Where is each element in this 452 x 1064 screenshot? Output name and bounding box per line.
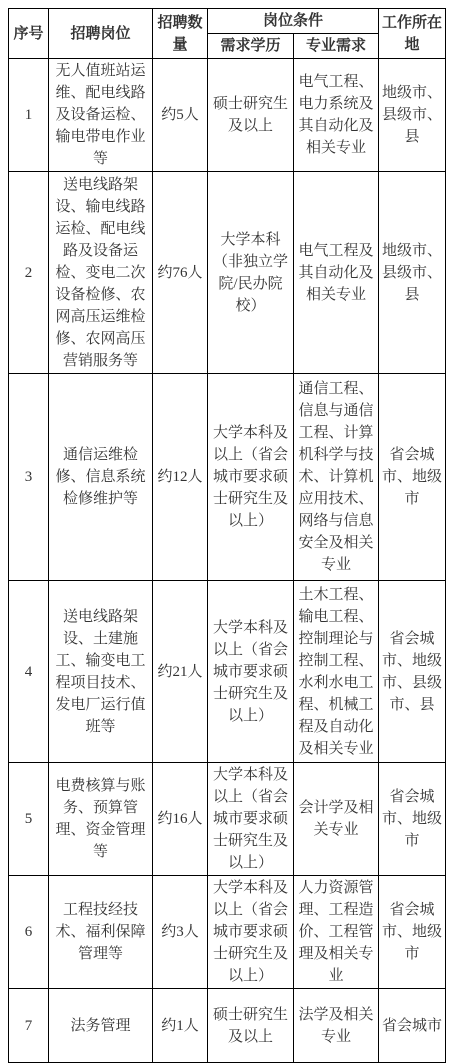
cell-education: 硕士研究生及以上 [208,989,294,1063]
cell-major: 电气工程及其自动化及相关专业 [294,172,379,374]
cell-major: 人力资源管理、工程造价、工程管理及相关专业 [294,876,379,989]
cell-location: 省会城市、地级市 [379,763,446,876]
cell-major: 通信工程、信息与通信工程、计算机科学与技术、计算机应用技术、网络与信息安全及相关… [294,374,379,581]
cell-position: 通信运维检修、信息系统检修维护等 [49,374,153,581]
header-count: 招聘数量 [153,9,208,59]
cell-position: 电费核算与账务、预算管理、资金管理等 [49,763,153,876]
cell-position: 送电线路架设、土建施工、输变电工程项目技术、发电厂运行值班等 [49,581,153,763]
cell-count: 约16人 [153,763,208,876]
header-location: 工作所在地 [379,9,446,59]
header-education: 需求学历 [208,34,294,59]
cell-major: 土木工程、输电工程、控制理论与控制工程、水利水电工程、机械工程及自动化及相关专业 [294,581,379,763]
cell-count: 约12人 [153,374,208,581]
cell-location: 省会城市、地级市 [379,374,446,581]
cell-count: 约76人 [153,172,208,374]
cell-location: 省会城市、地级市 [379,876,446,989]
cell-major: 会计学及相关专业 [294,763,379,876]
cell-education: 大学本科及以上（省会城市要求硕士研究生及以上） [208,763,294,876]
cell-position: 法务管理 [49,989,153,1063]
cell-no: 2 [9,172,49,374]
cell-major: 电气工程、电力系统及其自动化及相关专业 [294,59,379,172]
header-conditions: 岗位条件 [208,9,379,34]
cell-major: 法学及相关专业 [294,989,379,1063]
table-row: 3 通信运维检修、信息系统检修维护等 约12人 大学本科及以上（省会城市要求硕士… [9,374,446,581]
cell-education: 大学本科及以上（省会城市要求硕士研究生及以上） [208,581,294,763]
cell-location: 省会城市、地级市、县级市、县 [379,581,446,763]
cell-no: 6 [9,876,49,989]
cell-no: 3 [9,374,49,581]
cell-education: 大学本科（非独立学院/民办院校） [208,172,294,374]
header-row-top: 序号 招聘岗位 招聘数量 岗位条件 工作所在地 [9,9,446,34]
cell-education: 大学本科及以上（省会城市要求硕士研究生及以上） [208,876,294,989]
table-row: 7 法务管理 约1人 硕士研究生及以上 法学及相关专业 省会城市 [9,989,446,1063]
cell-location: 省会城市 [379,989,446,1063]
cell-count: 约3人 [153,876,208,989]
cell-no: 7 [9,989,49,1063]
header-major: 专业需求 [294,34,379,59]
cell-location: 地级市、县级市、县 [379,59,446,172]
recruitment-table: 序号 招聘岗位 招聘数量 岗位条件 工作所在地 需求学历 专业需求 1 无人值班… [8,8,446,1063]
cell-position: 送电线路架设、输电线路运检、配电线路及设备运检、变电二次设备检修、农网高压运维检… [49,172,153,374]
table-row: 6 工程技经技术、福利保障管理等 约3人 大学本科及以上（省会城市要求硕士研究生… [9,876,446,989]
header-position: 招聘岗位 [49,9,153,59]
table-row: 1 无人值班站运维、配电线路及设备运检、输电带电作业等 约5人 硕士研究生及以上… [9,59,446,172]
cell-no: 1 [9,59,49,172]
cell-education: 大学本科及以上（省会城市要求硕士研究生及以上） [208,374,294,581]
cell-no: 5 [9,763,49,876]
cell-count: 约5人 [153,59,208,172]
header-no: 序号 [9,9,49,59]
cell-location: 地级市、县级市、县 [379,172,446,374]
table-row: 2 送电线路架设、输电线路运检、配电线路及设备运检、变电二次设备检修、农网高压运… [9,172,446,374]
table-row: 4 送电线路架设、土建施工、输变电工程项目技术、发电厂运行值班等 约21人 大学… [9,581,446,763]
cell-position: 无人值班站运维、配电线路及设备运检、输电带电作业等 [49,59,153,172]
cell-position: 工程技经技术、福利保障管理等 [49,876,153,989]
cell-count: 约1人 [153,989,208,1063]
cell-no: 4 [9,581,49,763]
table-row: 5 电费核算与账务、预算管理、资金管理等 约16人 大学本科及以上（省会城市要求… [9,763,446,876]
cell-education: 硕士研究生及以上 [208,59,294,172]
recruitment-table-page: 序号 招聘岗位 招聘数量 岗位条件 工作所在地 需求学历 专业需求 1 无人值班… [0,0,452,1064]
cell-count: 约21人 [153,581,208,763]
